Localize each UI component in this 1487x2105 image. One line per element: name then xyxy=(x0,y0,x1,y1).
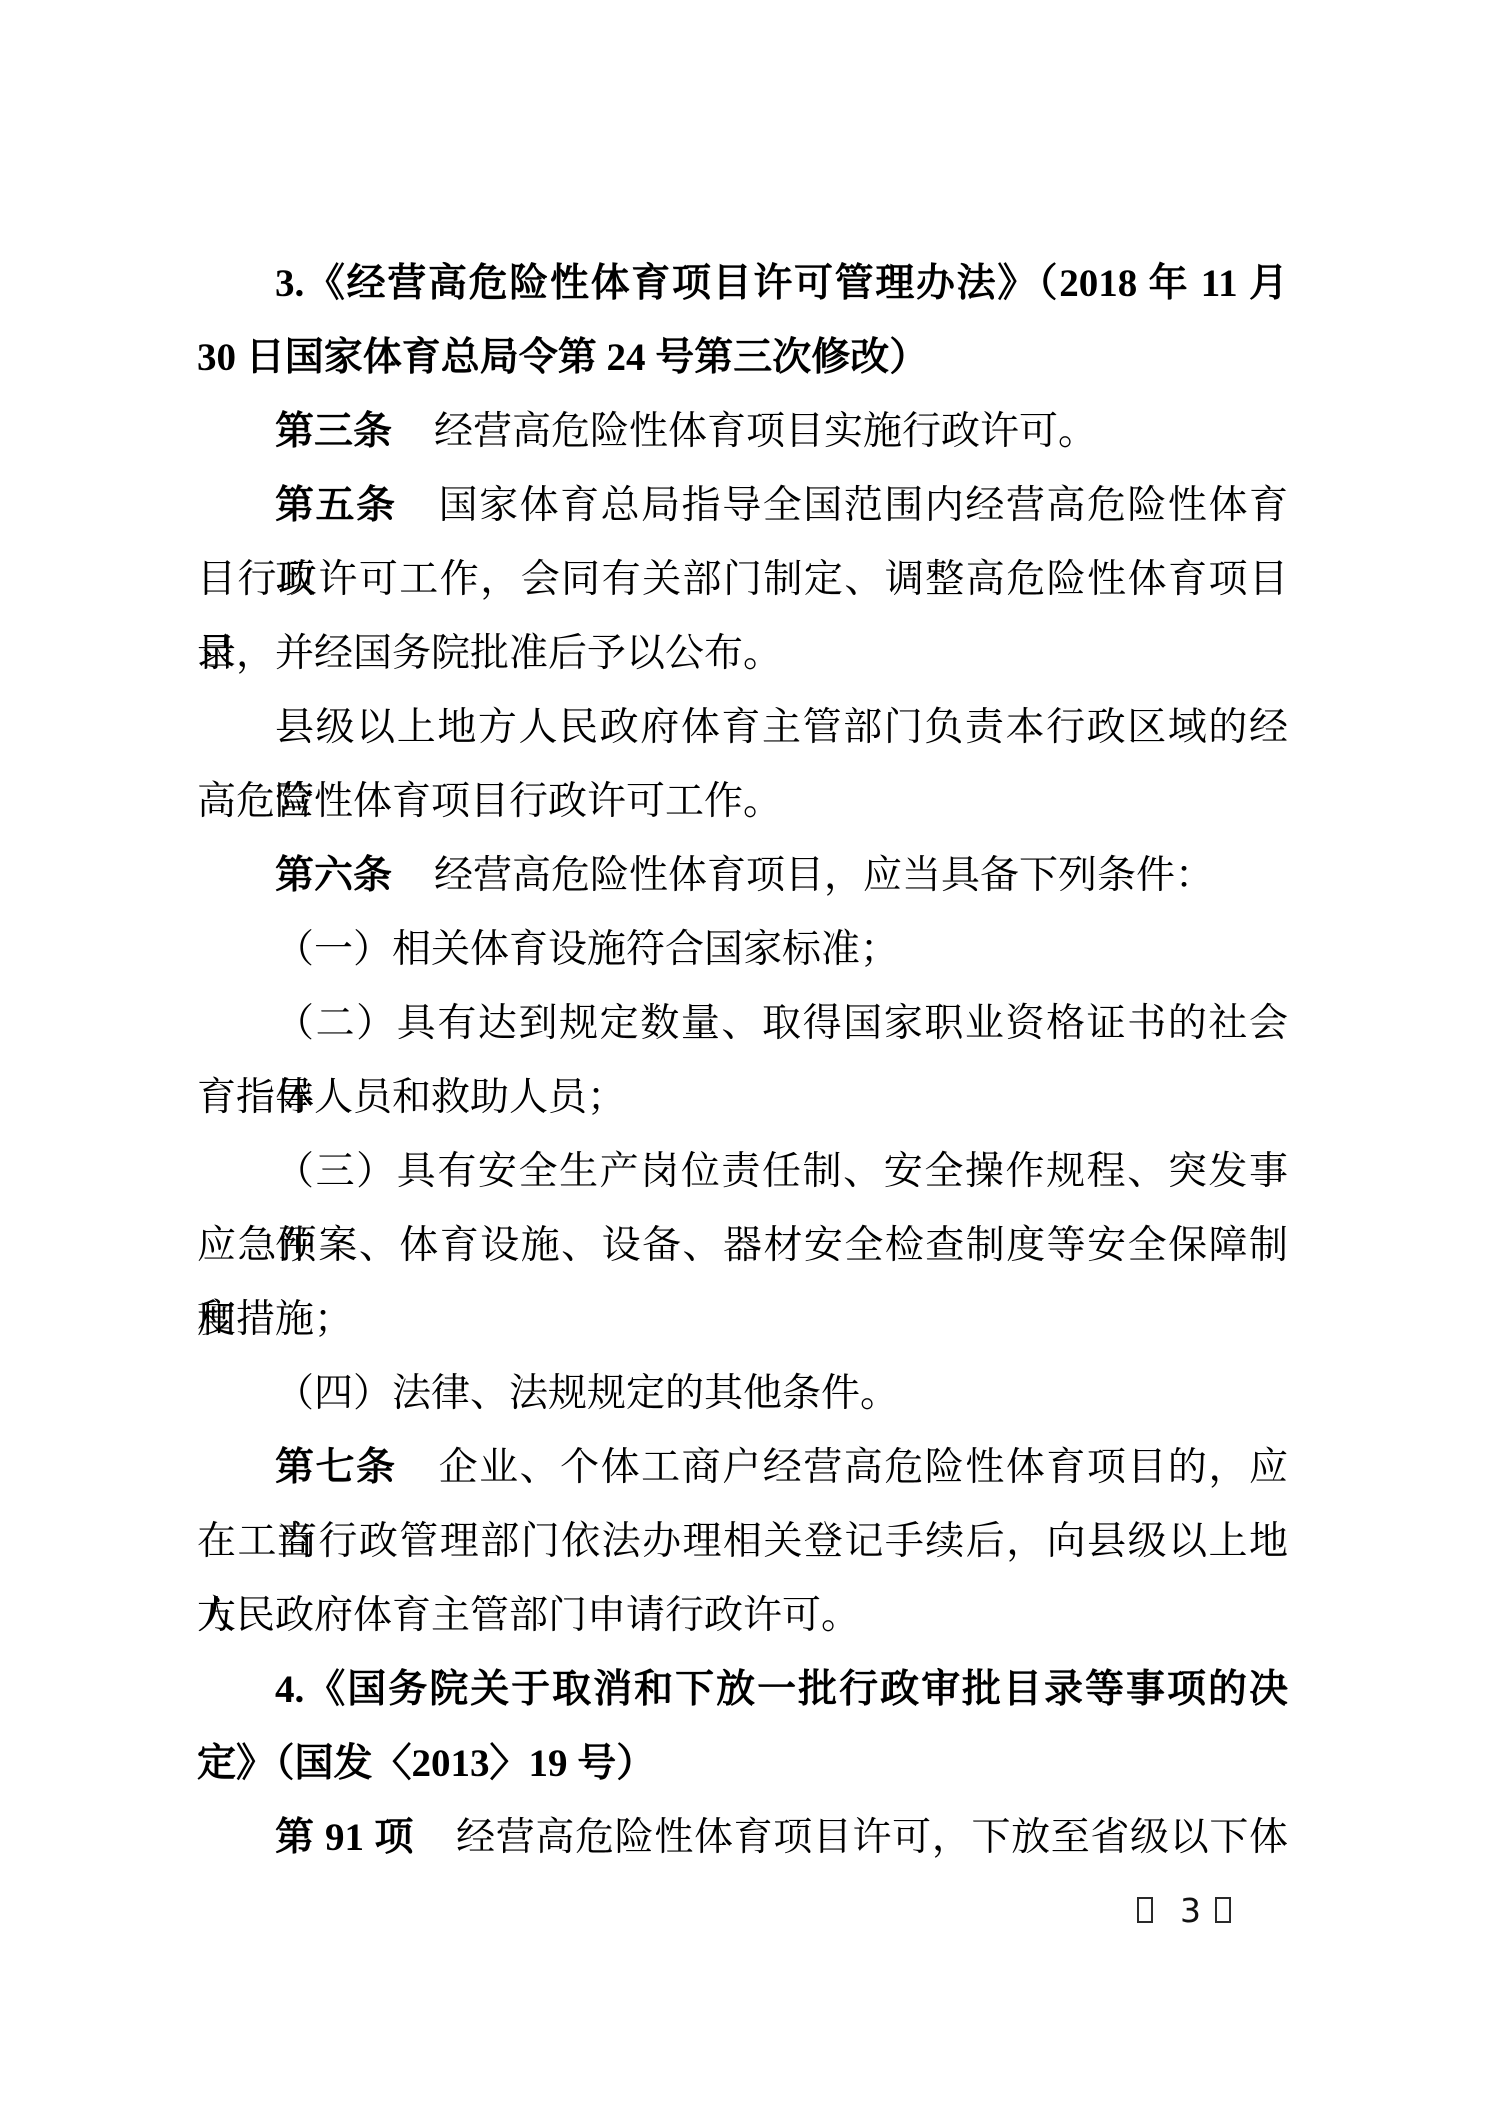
line-text: 4.《国务院关于取消和下放一批行政审批目录等事项的决 xyxy=(275,1668,1288,1711)
line-text: 经营高危险性体育项目许可，下放至省级以下体 xyxy=(456,1816,1288,1859)
list-item-line: （四）法律、法规规定的其他条件。 xyxy=(197,1357,1288,1431)
heading-line: 定》（国发〈2013〉19 号） xyxy=(197,1727,1288,1801)
article-line: 第七条企业、个体工商户经营高危险性体育项目的，应当 xyxy=(197,1431,1288,1505)
page-footer: 3 xyxy=(1137,1894,1231,1926)
line-text: 高危险性体育项目行政许可工作。 xyxy=(197,780,782,823)
article-line: 第五条国家体育总局指导全国范围内经营高危险性体育项 xyxy=(197,469,1288,543)
list-item-line: （三）具有安全生产岗位责任制、安全操作规程、突发事件 xyxy=(197,1135,1288,1209)
article-line: 第 91 项经营高危险性体育项目许可，下放至省级以下体 xyxy=(197,1801,1288,1875)
line-text: 育指导人员和救助人员； xyxy=(197,1076,626,1119)
article-number: 第三条 xyxy=(275,410,392,453)
text-line: 在工商行政管理部门依法办理相关登记手续后，向县级以上地方 xyxy=(197,1505,1288,1579)
article-number: 第 91 项 xyxy=(275,1816,414,1859)
text-line: 育指导人员和救助人员； xyxy=(197,1061,1288,1135)
line-text: 和措施； xyxy=(197,1298,353,1341)
page-number: 3 xyxy=(1180,1894,1201,1927)
line-text: （一）相关体育设施符合国家标准； xyxy=(275,928,899,971)
heading-line: 30 日国家体育总局令第 24 号第三次修改） xyxy=(197,321,1288,395)
text-line: 高危险性体育项目行政许可工作。 xyxy=(197,765,1288,839)
article-number: 第七条 xyxy=(275,1446,397,1489)
missing-glyph-box-icon xyxy=(1215,1897,1231,1923)
text-line: 目行政许可工作，会同有关部门制定、调整高危险性体育项目目 xyxy=(197,543,1288,617)
text-line: 录，并经国务院批准后予以公布。 xyxy=(197,617,1288,691)
article-number: 第五条 xyxy=(275,484,397,527)
line-text: （四）法律、法规规定的其他条件。 xyxy=(275,1372,899,1415)
line-text: 30 日国家体育总局令第 24 号第三次修改） xyxy=(197,336,928,379)
document-body: 3.《经营高危险性体育项目许可管理办法》（2018 年 11 月 30 日国家体… xyxy=(197,247,1288,1875)
text-line: 应急预案、体育设施、设备、器材安全检查制度等安全保障制度 xyxy=(197,1209,1288,1283)
line-text: 录，并经国务院批准后予以公布。 xyxy=(197,632,782,675)
article-line: 第六条经营高危险性体育项目，应当具备下列条件： xyxy=(197,839,1288,913)
line-text: 人民政府体育主管部门申请行政许可。 xyxy=(197,1594,860,1637)
article-number: 第六条 xyxy=(275,854,392,897)
heading-line: 4.《国务院关于取消和下放一批行政审批目录等事项的决 xyxy=(197,1653,1288,1727)
heading-line: 3.《经营高危险性体育项目许可管理办法》（2018 年 11 月 xyxy=(197,247,1288,321)
line-text: 经营高危险性体育项目实施行政许可。 xyxy=(434,410,1097,453)
list-item-line: （二）具有达到规定数量、取得国家职业资格证书的社会体 xyxy=(197,987,1288,1061)
article-line: 第三条经营高危险性体育项目实施行政许可。 xyxy=(197,395,1288,469)
text-line: 和措施； xyxy=(197,1283,1288,1357)
line-text: 定》（国发〈2013〉19 号） xyxy=(197,1742,655,1785)
list-item-line: （一）相关体育设施符合国家标准； xyxy=(197,913,1288,987)
line-text: 3.《经营高危险性体育项目许可管理办法》（2018 年 11 月 xyxy=(275,262,1288,305)
missing-glyph-box-icon xyxy=(1137,1897,1153,1923)
text-line: 县级以上地方人民政府体育主管部门负责本行政区域的经营 xyxy=(197,691,1288,765)
line-text: 经营高危险性体育项目，应当具备下列条件： xyxy=(434,854,1214,897)
text-line: 人民政府体育主管部门申请行政许可。 xyxy=(197,1579,1288,1653)
